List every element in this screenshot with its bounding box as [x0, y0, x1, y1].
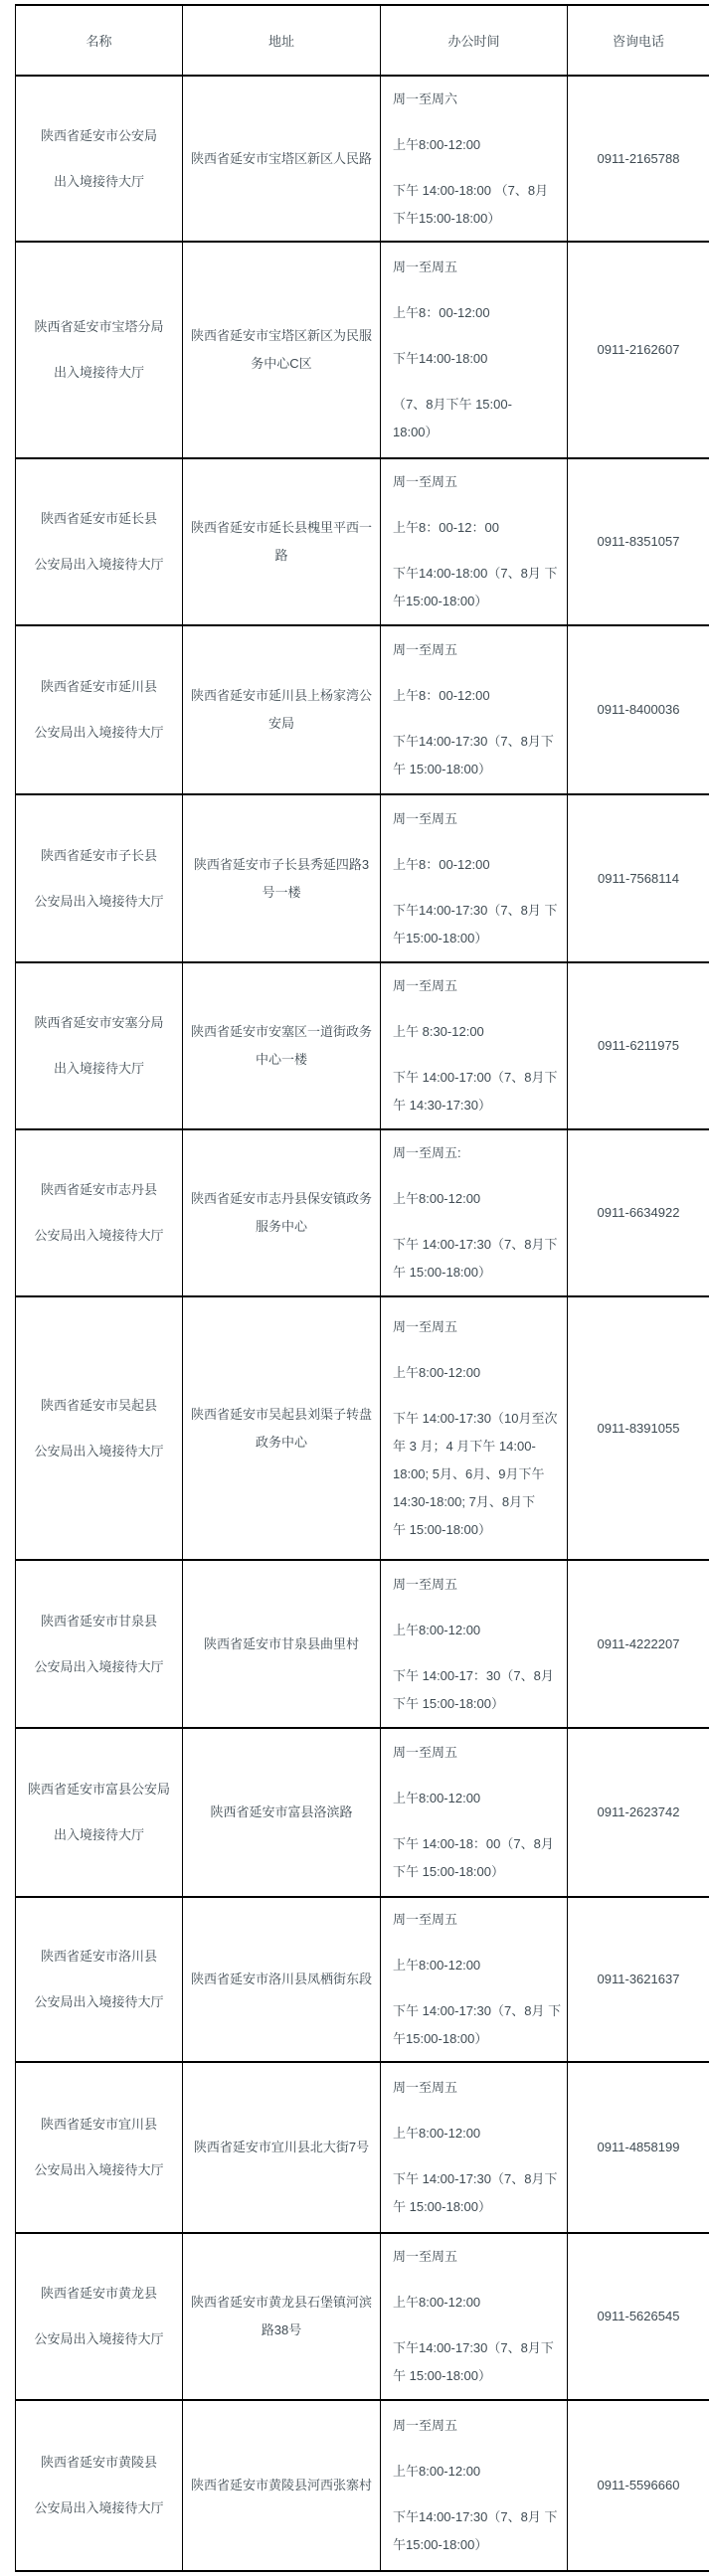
office-hours-cell-paragraph: 下午 14:00-17:30（10月至次年 3 月；4 月下午 14:00-18…	[393, 1405, 562, 1544]
office-hours-cell-line: 下午 14:00-18:00 （7、8月	[393, 177, 562, 205]
office-phone-cell: 0911-5596660	[568, 2400, 709, 2571]
office-hours-cell-line: 下午14:00-17:30（7、8月下	[393, 728, 562, 756]
office-address-cell-line: 陕西省延安市黄龙县石堡镇河滨	[183, 2289, 380, 2317]
office-name-cell-line: 公安局出入境接待大厅	[16, 1988, 182, 2016]
table-row: 陕西省延安市志丹县公安局出入境接待大厅陕西省延安市志丹县保安镇政务服务中心周一至…	[16, 1129, 709, 1296]
office-address-cell-line: 陕西省延安市宜川县北大街7号	[183, 2134, 380, 2161]
office-name-cell-paragraph: 公安局出入境接待大厅	[16, 1438, 182, 1465]
office-name-cell-line: 公安局出入境接待大厅	[16, 719, 182, 747]
office-hours-cell-line: 午15:00-18:00）	[393, 588, 562, 615]
office-hours-cell-paragraph: 周一至周五	[393, 2412, 562, 2440]
office-name-cell-paragraph: 陕西省延安市黄龙县	[16, 2280, 182, 2308]
office-address-cell: 陕西省延安市黄陵县河西张寨村	[183, 2400, 381, 2571]
office-phone-cell: 0911-4222207	[568, 1560, 709, 1728]
office-address-cell: 陕西省延安市宜川县北大街7号	[183, 2062, 381, 2233]
office-hours-cell-line: 下午 14:00-17:30（10月至次	[393, 1405, 562, 1433]
office-hours-cell-paragraph: 上午8:00-12:00	[393, 1952, 562, 1979]
office-name-cell-line: 陕西省延安市洛川县	[16, 1943, 182, 1971]
office-hours-cell-line: 18:00; 5月、6月、9月下午	[393, 1460, 562, 1488]
office-address-cell-line: 陕西省延安市富县洛滨路	[183, 1799, 380, 1826]
office-phone-cell-line: 0911-4222207	[568, 1631, 709, 1658]
office-hours-cell-line: 周一至周五:	[393, 1139, 562, 1167]
office-name-cell-paragraph: 出入境接待大厅	[16, 359, 182, 387]
office-phone-cell-line: 0911-4858199	[568, 2134, 709, 2161]
office-name-cell-paragraph: 出入境接待大厅	[16, 1055, 182, 1083]
office-hours-cell-paragraph: 下午14:00-18:00	[393, 345, 562, 373]
office-phone-cell: 0911-6634922	[568, 1129, 709, 1296]
office-name-cell: 陕西省延安市宜川县公安局出入境接待大厅	[16, 2062, 183, 2233]
office-name-cell-line: 公安局出入境接待大厅	[16, 1222, 182, 1250]
office-hours-cell-line: 周一至周五	[393, 1571, 562, 1599]
office-hours-cell-line: 下午15:00-18:00）	[393, 205, 562, 233]
column-header-phone: 咨询电话	[568, 5, 709, 76]
office-hours-cell-paragraph: 周一至周五	[393, 1739, 562, 1767]
office-name-cell-line: 陕西省延安市安塞分局	[16, 1009, 182, 1037]
office-name-cell-paragraph: 陕西省延安市富县公安局	[16, 1776, 182, 1803]
office-name-cell: 陕西省延安市甘泉县公安局出入境接待大厅	[16, 1560, 183, 1728]
office-phone-cell-paragraph: 0911-4222207	[568, 1631, 709, 1658]
office-hours-cell-paragraph: 周一至周五	[393, 254, 562, 281]
table-row: 陕西省延安市宝塔分局出入境接待大厅陕西省延安市宝塔区新区为民服务中心C区周一至周…	[16, 242, 709, 458]
office-hours-cell-paragraph: 周一至周五	[393, 2243, 562, 2271]
office-name-cell-paragraph: 公安局出入境接待大厅	[16, 2156, 182, 2184]
office-name-cell-line: 公安局出入境接待大厅	[16, 551, 182, 579]
office-hours-cell-line: 上午8:00-12:00	[393, 1185, 562, 1213]
office-name-cell: 陕西省延安市洛川县公安局出入境接待大厅	[16, 1897, 183, 2062]
office-name-cell-line: 陕西省延安市富县公安局	[16, 1776, 182, 1803]
office-hours-cell-paragraph: 周一至周五	[393, 1571, 562, 1599]
office-hours-cell-line: 上午8：00-12:00	[393, 682, 562, 710]
office-hours-cell-line: 午 15:00-18:00）	[393, 2362, 562, 2390]
office-hours-cell: 周一至周五上午8:00-12:00下午 14:00-17:30（7、8月下午 1…	[381, 2062, 568, 2233]
office-hours-cell-line: （7、8月下午 15:00-	[393, 391, 562, 419]
office-name-cell-paragraph: 公安局出入境接待大厅	[16, 2494, 182, 2522]
office-name-cell-line: 陕西省延安市延川县	[16, 673, 182, 701]
office-hours-cell-line: 下午 14:00-17:30（7、8月 下	[393, 1997, 562, 2025]
office-address-cell-paragraph: 陕西省延安市子长县秀延四路3号一楼	[183, 851, 380, 907]
office-name-cell-line: 出入境接待大厅	[16, 359, 182, 387]
office-hours-cell: 周一至周五上午8:00-12:00下午14:00-17:30（7、8月 下午15…	[381, 2400, 568, 2571]
office-hours-cell-paragraph: 上午8:00-12:00	[393, 1185, 562, 1213]
office-name-cell-line: 公安局出入境接待大厅	[16, 2156, 182, 2184]
office-name-cell-line: 公安局出入境接待大厅	[16, 1653, 182, 1681]
office-hours-cell-line: 下午 15:00-18:00）	[393, 1858, 562, 1886]
office-address-cell-line: 陕西省延安市宝塔区新区为民服	[183, 322, 380, 350]
office-hours-cell-paragraph: 下午14:00-17:30（7、8月 下午15:00-18:00）	[393, 897, 562, 952]
office-hours-cell-paragraph: 上午8:00-12:00	[393, 1617, 562, 1644]
office-address-cell-line: 政务中心	[183, 1429, 380, 1457]
office-address-cell-line: 服务中心	[183, 1213, 380, 1241]
office-name-cell: 陕西省延安市志丹县公安局出入境接待大厅	[16, 1129, 183, 1296]
office-hours-cell-line: 年 3 月；4 月下午 14:00-	[393, 1433, 562, 1460]
office-address-cell-line: 安局	[183, 710, 380, 738]
office-hours-cell-line: 下午 15:00-18:00）	[393, 1690, 562, 1718]
column-header-name: 名称	[16, 5, 183, 76]
office-name-cell-paragraph: 出入境接待大厅	[16, 168, 182, 196]
office-hours-cell-line: 下午 14:00-17:30（7、8月下	[393, 2165, 562, 2193]
office-address-cell-paragraph: 陕西省延安市延川县上杨家湾公安局	[183, 682, 380, 738]
office-hours-cell-paragraph: 周一至周五:	[393, 1139, 562, 1167]
office-address-cell: 陕西省延安市宝塔区新区人民路	[183, 76, 381, 242]
office-hours-cell-paragraph: 周一至周五	[393, 2074, 562, 2102]
office-hours-cell-line: 周一至周五	[393, 1906, 562, 1934]
office-hours-cell-line: 周一至周六	[393, 86, 562, 113]
office-name-cell-paragraph: 陕西省延安市安塞分局	[16, 1009, 182, 1037]
office-name-cell-paragraph: 公安局出入境接待大厅	[16, 1222, 182, 1250]
table-row: 陕西省延安市子长县公安局出入境接待大厅陕西省延安市子长县秀延四路3号一楼周一至周…	[16, 794, 709, 962]
office-address-cell-paragraph: 陕西省延安市宝塔区新区为民服务中心C区	[183, 322, 380, 378]
office-hours-cell-line: 周一至周五	[393, 254, 562, 281]
office-phone-cell: 0911-2162607	[568, 242, 709, 458]
office-address-cell-line: 陕西省延安市安塞区一道街政务	[183, 1018, 380, 1046]
office-hours-cell-line: 午 15:00-18:00）	[393, 1516, 562, 1544]
office-name-cell-line: 陕西省延安市延长县	[16, 505, 182, 533]
office-hours-cell-line: 下午 14:00-18：00（7、8月	[393, 1830, 562, 1858]
office-name-cell: 陕西省延安市公安局出入境接待大厅	[16, 76, 183, 242]
office-hours-cell: 周一至周五上午8：00-12：00下午14:00-18:00（7、8月 下午15…	[381, 458, 568, 625]
office-phone-cell-paragraph: 0911-8400036	[568, 696, 709, 724]
office-address-cell-paragraph: 陕西省延安市黄陵县河西张寨村	[183, 2472, 380, 2499]
office-phone-cell: 0911-2623742	[568, 1728, 709, 1897]
office-address-cell: 陕西省延安市安塞区一道街政务中心一楼	[183, 962, 381, 1129]
office-hours-cell-paragraph: 周一至周五	[393, 636, 562, 664]
office-hours-cell-line: 周一至周五	[393, 805, 562, 833]
office-hours-cell-line: 周一至周五	[393, 972, 562, 1000]
office-phone-cell: 0911-8400036	[568, 625, 709, 794]
office-hours-cell: 周一至周五:上午8:00-12:00下午 14:00-17:30（7、8月下午 …	[381, 1129, 568, 1296]
office-name-cell-line: 陕西省延安市宜川县	[16, 2111, 182, 2139]
office-hours-cell-line: 周一至周五	[393, 1739, 562, 1767]
office-hours-cell-line: 午15:00-18:00）	[393, 2025, 562, 2053]
office-name-cell-line: 陕西省延安市黄陵县	[16, 2449, 182, 2477]
office-phone-cell-paragraph: 0911-2165788	[568, 145, 709, 173]
office-address-cell-line: 陕西省延安市甘泉县曲里村	[183, 1631, 380, 1658]
office-hours-cell: 周一至周五上午8：00-12:00下午14:00-18:00（7、8月下午 15…	[381, 242, 568, 458]
office-hours-cell-paragraph: 上午8:00-12:00	[393, 2458, 562, 2486]
office-hours-cell-paragraph: 下午 14:00-18:00 （7、8月下午15:00-18:00）	[393, 177, 562, 233]
office-hours-cell-line: 午 15:00-18:00）	[393, 2193, 562, 2221]
office-name-cell-paragraph: 陕西省延安市子长县	[16, 842, 182, 870]
offices-table: 名称 地址 办公时间 咨询电话 陕西省延安市公安局出入境接待大厅陕西省延安市宝塔…	[15, 4, 709, 2572]
office-hours-cell-paragraph: 下午14:00-17:30（7、8月下午 15:00-18:00）	[393, 2334, 562, 2390]
table-row: 陕西省延安市富县公安局出入境接待大厅陕西省延安市富县洛滨路周一至周五上午8:00…	[16, 1728, 709, 1897]
column-header-address: 地址	[183, 5, 381, 76]
office-hours-cell-paragraph: 上午8:00-12:00	[393, 131, 562, 159]
office-hours-cell-paragraph: 下午14:00-18:00（7、8月 下午15:00-18:00）	[393, 560, 562, 615]
office-name-cell-paragraph: 陕西省延安市甘泉县	[16, 1608, 182, 1635]
table-row: 陕西省延安市延川县公安局出入境接待大厅陕西省延安市延川县上杨家湾公安局周一至周五…	[16, 625, 709, 794]
office-hours-cell-line: 午 14:30-17:30）	[393, 1092, 562, 1119]
table-row: 陕西省延安市吴起县公安局出入境接待大厅陕西省延安市吴起县刘渠子转盘政务中心周一至…	[16, 1296, 709, 1560]
office-address-cell-line: 陕西省延安市延长县槐里平西一	[183, 514, 380, 542]
office-hours-cell-line: 上午8:00-12:00	[393, 1952, 562, 1979]
office-phone-cell: 0911-8351057	[568, 458, 709, 625]
office-phone-cell-paragraph: 0911-3621637	[568, 1966, 709, 1993]
office-name-cell-line: 出入境接待大厅	[16, 1821, 182, 1849]
office-name-cell: 陕西省延安市安塞分局出入境接待大厅	[16, 962, 183, 1129]
office-hours-cell-paragraph: 上午8:00-12:00	[393, 1785, 562, 1812]
office-hours-cell-line: 午 15:00-18:00）	[393, 1259, 562, 1287]
office-phone-cell-line: 0911-8400036	[568, 696, 709, 724]
office-hours-cell-line: 周一至周五	[393, 1313, 562, 1341]
office-name-cell-paragraph: 陕西省延安市延川县	[16, 673, 182, 701]
office-hours-cell-line: 上午 8:30-12:00	[393, 1018, 562, 1046]
office-phone-cell: 0911-5626545	[568, 2233, 709, 2400]
office-name-cell: 陕西省延安市子长县公安局出入境接待大厅	[16, 794, 183, 962]
office-hours-cell-paragraph: 上午8：00-12:00	[393, 851, 562, 879]
table-row: 陕西省延安市宜川县公安局出入境接待大厅陕西省延安市宜川县北大街7号周一至周五上午…	[16, 2062, 709, 2233]
office-name-cell-paragraph: 公安局出入境接待大厅	[16, 719, 182, 747]
office-hours-cell-paragraph: 下午 14:00-17:00（7、8月下午 14:30-17:30）	[393, 1064, 562, 1119]
office-address-cell-paragraph: 陕西省延安市洛川县凤栖街东段	[183, 1966, 380, 1993]
office-phone-cell-line: 0911-3621637	[568, 1966, 709, 1993]
office-hours-cell-paragraph: 下午14:00-17:30（7、8月下午 15:00-18:00）	[393, 728, 562, 783]
office-name-cell-paragraph: 出入境接待大厅	[16, 1821, 182, 1849]
office-hours-cell-paragraph: 下午 14:00-17:30（7、8月 下午15:00-18:00）	[393, 1997, 562, 2053]
office-hours-cell-line: 周一至周五	[393, 2412, 562, 2440]
office-phone-cell: 0911-3621637	[568, 1897, 709, 2062]
office-hours-cell-line: 上午8：00-12:00	[393, 851, 562, 879]
table-row: 陕西省延安市甘泉县公安局出入境接待大厅陕西省延安市甘泉县曲里村周一至周五上午8:…	[16, 1560, 709, 1728]
office-name-cell-paragraph: 陕西省延安市宜川县	[16, 2111, 182, 2139]
office-hours-cell-paragraph: 周一至周五	[393, 805, 562, 833]
office-name-cell-line: 陕西省延安市甘泉县	[16, 1608, 182, 1635]
office-hours-cell-line: 下午14:00-17:30（7、8月 下	[393, 2503, 562, 2531]
office-name-cell-line: 陕西省延安市黄龙县	[16, 2280, 182, 2308]
office-hours-cell-paragraph: 上午8：00-12:00	[393, 682, 562, 710]
office-hours-cell-line: 上午8:00-12:00	[393, 1617, 562, 1644]
office-hours-cell-line: 下午 14:00-17：30（7、8月	[393, 1662, 562, 1690]
office-phone-cell-line: 0911-8351057	[568, 528, 709, 556]
office-name-cell-paragraph: 公安局出入境接待大厅	[16, 1988, 182, 2016]
office-hours-cell-line: 下午14:00-17:30（7、8月 下	[393, 897, 562, 925]
office-hours-cell-line: 18:00）	[393, 419, 562, 446]
office-address-cell-paragraph: 陕西省延安市吴起县刘渠子转盘政务中心	[183, 1401, 380, 1457]
office-hours-cell-line: 下午14:00-18:00	[393, 345, 562, 373]
table-row: 陕西省延安市黄龙县公安局出入境接待大厅陕西省延安市黄龙县石堡镇河滨路38号周一至…	[16, 2233, 709, 2400]
office-address-cell-line: 陕西省延安市志丹县保安镇政务	[183, 1185, 380, 1213]
table-row: 陕西省延安市安塞分局出入境接待大厅陕西省延安市安塞区一道街政务中心一楼周一至周五…	[16, 962, 709, 1129]
office-hours-cell: 周一至周五上午8:00-12:00下午 14:00-18：00（7、8月下午 1…	[381, 1728, 568, 1897]
office-name-cell: 陕西省延安市延长县公安局出入境接待大厅	[16, 458, 183, 625]
office-hours-cell-paragraph: 上午8:00-12:00	[393, 2120, 562, 2147]
office-name-cell-paragraph: 陕西省延安市志丹县	[16, 1176, 182, 1204]
office-address-cell-paragraph: 陕西省延安市延长县槐里平西一路	[183, 514, 380, 570]
office-phone-cell-paragraph: 0911-5596660	[568, 2472, 709, 2499]
office-hours-cell-line: 上午8：00-12:00	[393, 299, 562, 327]
table-row: 陕西省延安市延长县公安局出入境接待大厅陕西省延安市延长县槐里平西一路周一至周五上…	[16, 458, 709, 625]
office-hours-cell-line: 上午8:00-12:00	[393, 131, 562, 159]
office-hours-cell-line: 午 15:00-18:00）	[393, 756, 562, 783]
office-name-cell-line: 公安局出入境接待大厅	[16, 1438, 182, 1465]
office-phone-cell-paragraph: 0911-2162607	[568, 336, 709, 364]
office-address-cell-paragraph: 陕西省延安市黄龙县石堡镇河滨路38号	[183, 2289, 380, 2344]
office-hours-cell-paragraph: 上午8：00-12:00	[393, 299, 562, 327]
office-phone-cell-line: 0911-6634922	[568, 1199, 709, 1227]
office-address-cell-line: 陕西省延安市子长县秀延四路3	[183, 851, 380, 879]
office-name-cell: 陕西省延安市黄龙县公安局出入境接待大厅	[16, 2233, 183, 2400]
office-name-cell-paragraph: 公安局出入境接待大厅	[16, 1653, 182, 1681]
office-hours-cell-line: 上午8:00-12:00	[393, 1785, 562, 1812]
office-address-cell-line: 路	[183, 542, 380, 570]
office-phone-cell-paragraph: 0911-6211975	[568, 1032, 709, 1060]
office-hours-cell: 周一至周五上午8：00-12:00下午14:00-17:30（7、8月下午 15…	[381, 625, 568, 794]
office-name-cell-paragraph: 陕西省延安市吴起县	[16, 1392, 182, 1420]
office-name-cell-paragraph: 陕西省延安市宝塔分局	[16, 313, 182, 341]
office-address-cell-line: 陕西省延安市洛川县凤栖街东段	[183, 1966, 380, 1993]
office-hours-cell-paragraph: 下午14:00-17:30（7、8月 下午15:00-18:00）	[393, 2503, 562, 2559]
office-phone-cell-paragraph: 0911-5626545	[568, 2303, 709, 2330]
office-name-cell-line: 出入境接待大厅	[16, 168, 182, 196]
office-phone-cell: 0911-2165788	[568, 76, 709, 242]
office-name-cell-line: 公安局出入境接待大厅	[16, 2494, 182, 2522]
office-address-cell-paragraph: 陕西省延安市富县洛滨路	[183, 1799, 380, 1826]
office-name-cell-paragraph: 陕西省延安市黄陵县	[16, 2449, 182, 2477]
office-hours-cell-paragraph: 下午 14:00-17:30（7、8月下午 15:00-18:00）	[393, 2165, 562, 2221]
office-phone-cell-line: 0911-2162607	[568, 336, 709, 364]
office-address-cell: 陕西省延安市富县洛滨路	[183, 1728, 381, 1897]
office-address-cell: 陕西省延安市延川县上杨家湾公安局	[183, 625, 381, 794]
office-name-cell-line: 公安局出入境接待大厅	[16, 2325, 182, 2353]
office-phone-cell-line: 0911-7568114	[568, 865, 709, 893]
office-name-cell-line: 陕西省延安市志丹县	[16, 1176, 182, 1204]
office-phone-cell-paragraph: 0911-6634922	[568, 1199, 709, 1227]
office-phone-cell-paragraph: 0911-2623742	[568, 1799, 709, 1826]
office-hours-cell-line: 14:30-18:00; 7月、8月下	[393, 1488, 562, 1516]
office-address-cell: 陕西省延安市吴起县刘渠子转盘政务中心	[183, 1296, 381, 1560]
office-address-cell-paragraph: 陕西省延安市宝塔区新区人民路	[183, 145, 380, 173]
office-phone-cell-paragraph: 0911-4858199	[568, 2134, 709, 2161]
office-hours-cell-paragraph: 周一至周五	[393, 468, 562, 496]
office-name-cell: 陕西省延安市黄陵县公安局出入境接待大厅	[16, 2400, 183, 2571]
office-name-cell-paragraph: 陕西省延安市洛川县	[16, 1943, 182, 1971]
office-address-cell-line: 陕西省延安市吴起县刘渠子转盘	[183, 1401, 380, 1429]
office-address-cell-paragraph: 陕西省延安市宜川县北大街7号	[183, 2134, 380, 2161]
office-hours-cell: 周一至周五上午8：00-12:00下午14:00-17:30（7、8月 下午15…	[381, 794, 568, 962]
office-name-cell-line: 出入境接待大厅	[16, 1055, 182, 1083]
office-phone-cell-line: 0911-5596660	[568, 2472, 709, 2499]
office-address-cell-line: 陕西省延安市延川县上杨家湾公	[183, 682, 380, 710]
office-name-cell-paragraph: 公安局出入境接待大厅	[16, 2325, 182, 2353]
office-phone-cell-line: 0911-2165788	[568, 145, 709, 173]
office-hours-cell-line: 上午8:00-12:00	[393, 2458, 562, 2486]
office-address-cell-line: 务中心C区	[183, 350, 380, 378]
office-hours-cell-line: 周一至周五	[393, 2243, 562, 2271]
office-hours-cell-line: 上午8:00-12:00	[393, 2289, 562, 2317]
office-address-cell: 陕西省延安市宝塔区新区为民服务中心C区	[183, 242, 381, 458]
office-address-cell-paragraph: 陕西省延安市甘泉县曲里村	[183, 1631, 380, 1658]
office-address-cell: 陕西省延安市延长县槐里平西一路	[183, 458, 381, 625]
office-hours-cell-line: 上午8:00-12:00	[393, 1359, 562, 1387]
office-phone-cell: 0911-7568114	[568, 794, 709, 962]
office-hours-cell-paragraph: （7、8月下午 15:00-18:00）	[393, 391, 562, 446]
office-name-cell: 陕西省延安市吴起县公安局出入境接待大厅	[16, 1296, 183, 1560]
office-hours-cell-paragraph: 上午8:00-12:00	[393, 2289, 562, 2317]
office-hours-cell-line: 下午14:00-17:30（7、8月下	[393, 2334, 562, 2362]
office-hours-cell-line: 下午 14:00-17:30（7、8月下	[393, 1231, 562, 1259]
office-address-cell-line: 中心一楼	[183, 1046, 380, 1074]
office-phone-cell-paragraph: 0911-8351057	[568, 528, 709, 556]
office-phone-cell: 0911-4858199	[568, 2062, 709, 2233]
office-hours-cell-paragraph: 周一至周六	[393, 86, 562, 113]
table-row: 陕西省延安市洛川县公安局出入境接待大厅陕西省延安市洛川县凤栖街东段周一至周五上午…	[16, 1897, 709, 2062]
office-address-cell: 陕西省延安市子长县秀延四路3号一楼	[183, 794, 381, 962]
office-name-cell-line: 陕西省延安市吴起县	[16, 1392, 182, 1420]
office-name-cell-line: 陕西省延安市宝塔分局	[16, 313, 182, 341]
office-name-cell-paragraph: 陕西省延安市公安局	[16, 122, 182, 150]
office-phone-cell-paragraph: 0911-8391055	[568, 1415, 709, 1443]
office-phone-cell: 0911-6211975	[568, 962, 709, 1129]
office-hours-cell-paragraph: 上午 8:30-12:00	[393, 1018, 562, 1046]
office-name-cell: 陕西省延安市富县公安局出入境接待大厅	[16, 1728, 183, 1897]
office-hours-cell-paragraph: 上午8:00-12:00	[393, 1359, 562, 1387]
office-address-cell-line: 号一楼	[183, 879, 380, 907]
column-header-hours: 办公时间	[381, 5, 568, 76]
office-address-cell-line: 陕西省延安市宝塔区新区人民路	[183, 145, 380, 173]
office-hours-cell-paragraph: 周一至周五	[393, 1906, 562, 1934]
office-hours-cell-paragraph: 下午 14:00-18：00（7、8月下午 15:00-18:00）	[393, 1830, 562, 1886]
office-phone-cell-paragraph: 0911-7568114	[568, 865, 709, 893]
office-address-cell: 陕西省延安市黄龙县石堡镇河滨路38号	[183, 2233, 381, 2400]
office-address-cell-line: 陕西省延安市黄陵县河西张寨村	[183, 2472, 380, 2499]
office-hours-cell: 周一至周五上午8:00-12:00下午 14:00-17：30（7、8月下午 1…	[381, 1560, 568, 1728]
office-phone-cell-line: 0911-8391055	[568, 1415, 709, 1443]
office-address-cell-paragraph: 陕西省延安市安塞区一道街政务中心一楼	[183, 1018, 380, 1074]
office-hours-cell-paragraph: 上午8：00-12：00	[393, 514, 562, 542]
office-address-cell: 陕西省延安市志丹县保安镇政务服务中心	[183, 1129, 381, 1296]
office-hours-cell-paragraph: 下午 14:00-17：30（7、8月下午 15:00-18:00）	[393, 1662, 562, 1718]
office-hours-cell: 周一至周五上午8:00-12:00下午14:00-17:30（7、8月下午 15…	[381, 2233, 568, 2400]
office-hours-cell-line: 午15:00-18:00）	[393, 925, 562, 952]
office-hours-cell: 周一至周六上午8:00-12:00下午 14:00-18:00 （7、8月下午1…	[381, 76, 568, 242]
office-hours-cell-line: 上午8:00-12:00	[393, 2120, 562, 2147]
office-name-cell: 陕西省延安市延川县公安局出入境接待大厅	[16, 625, 183, 794]
office-hours-cell-line: 周一至周五	[393, 468, 562, 496]
office-name-cell-line: 公安局出入境接待大厅	[16, 888, 182, 916]
office-hours-cell-line: 下午 14:00-17:00（7、8月下	[393, 1064, 562, 1092]
office-address-cell: 陕西省延安市甘泉县曲里村	[183, 1560, 381, 1728]
office-phone-cell-line: 0911-6211975	[568, 1032, 709, 1060]
office-hours-cell-paragraph: 周一至周五	[393, 972, 562, 1000]
office-hours-cell-paragraph: 下午 14:00-17:30（7、8月下午 15:00-18:00）	[393, 1231, 562, 1287]
office-name-cell-paragraph: 陕西省延安市延长县	[16, 505, 182, 533]
office-phone-cell: 0911-8391055	[568, 1296, 709, 1560]
office-name-cell-paragraph: 公安局出入境接待大厅	[16, 551, 182, 579]
office-name-cell: 陕西省延安市宝塔分局出入境接待大厅	[16, 242, 183, 458]
table-body: 陕西省延安市公安局出入境接待大厅陕西省延安市宝塔区新区人民路周一至周六上午8:0…	[16, 76, 709, 2571]
office-hours-cell-line: 上午8：00-12：00	[393, 514, 562, 542]
office-address-cell-paragraph: 陕西省延安市志丹县保安镇政务服务中心	[183, 1185, 380, 1241]
page: 名称 地址 办公时间 咨询电话 陕西省延安市公安局出入境接待大厅陕西省延安市宝塔…	[0, 0, 709, 2576]
office-name-cell-line: 陕西省延安市公安局	[16, 122, 182, 150]
office-phone-cell-line: 0911-5626545	[568, 2303, 709, 2330]
table-row: 陕西省延安市公安局出入境接待大厅陕西省延安市宝塔区新区人民路周一至周六上午8:0…	[16, 76, 709, 242]
office-address-cell-line: 路38号	[183, 2317, 380, 2344]
office-hours-cell-line: 周一至周五	[393, 636, 562, 664]
header-row: 名称 地址 办公时间 咨询电话	[16, 5, 709, 76]
table-row: 陕西省延安市黄陵县公安局出入境接待大厅陕西省延安市黄陵县河西张寨村周一至周五上午…	[16, 2400, 709, 2571]
office-name-cell-line: 陕西省延安市子长县	[16, 842, 182, 870]
office-address-cell: 陕西省延安市洛川县凤栖街东段	[183, 1897, 381, 2062]
office-hours-cell-line: 下午14:00-18:00（7、8月 下	[393, 560, 562, 588]
office-hours-cell: 周一至周五上午 8:30-12:00下午 14:00-17:00（7、8月下午 …	[381, 962, 568, 1129]
office-hours-cell-line: 午15:00-18:00）	[393, 2531, 562, 2559]
office-hours-cell-paragraph: 周一至周五	[393, 1313, 562, 1341]
office-hours-cell: 周一至周五上午8:00-12:00下午 14:00-17:30（10月至次年 3…	[381, 1296, 568, 1560]
office-name-cell-paragraph: 公安局出入境接待大厅	[16, 888, 182, 916]
office-hours-cell-line: 周一至周五	[393, 2074, 562, 2102]
office-phone-cell-line: 0911-2623742	[568, 1799, 709, 1826]
